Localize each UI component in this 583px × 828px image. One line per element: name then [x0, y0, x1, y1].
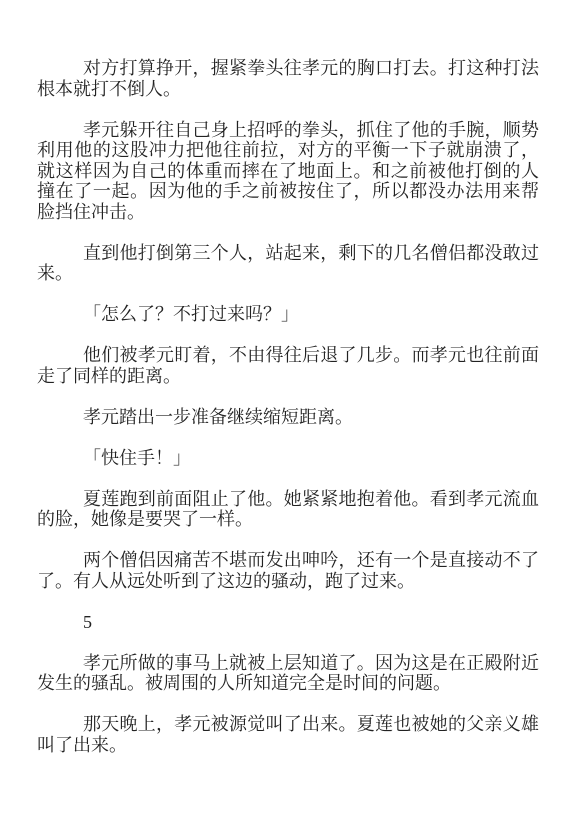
paragraph-narration: 孝元躲开往自己身上招呼的拳头，抓住了他的手腕，顺势利用他的这股冲力把他往前拉，对…	[37, 120, 539, 223]
paragraph-narration: 夏莲跑到前面阻止了他。她紧紧地抱着他。看到孝元流血的脸，她像是要哭了一样。	[37, 489, 539, 530]
dialogue-line: 「快住手！」	[37, 448, 539, 469]
paragraph-narration: 对方打算挣开，握紧拳头往孝元的胸口打去。打这种打法根本就打不倒人。	[37, 58, 539, 99]
paragraph-narration: 他们被孝元盯着，不由得往后退了几步。而孝元也往前面走了同样的距离。	[37, 345, 539, 386]
document-page: 对方打算挣开，握紧拳头往孝元的胸口打去。打这种打法根本就打不倒人。 孝元躲开往自…	[0, 0, 583, 828]
dialogue-line: 「怎么了？不打过来吗？」	[37, 304, 539, 325]
section-number: 5	[37, 612, 539, 633]
paragraph-narration: 直到他打倒第三个人，站起来，剩下的几名僧侣都没敢过来。	[37, 243, 539, 284]
paragraph-narration: 两个僧侣因痛苦不堪而发出呻吟，还有一个是直接动不了了。有人从远处听到了这边的骚动…	[37, 550, 539, 591]
paragraph-narration: 孝元踏出一步准备继续缩短距离。	[37, 407, 539, 428]
paragraph-narration: 孝元所做的事马上就被上层知道了。因为这是在正殿附近发生的骚乱。被周围的人所知道完…	[37, 653, 539, 694]
paragraph-narration: 那天晚上，孝元被源觉叫了出来。夏莲也被她的父亲义雄叫了出来。	[37, 714, 539, 755]
